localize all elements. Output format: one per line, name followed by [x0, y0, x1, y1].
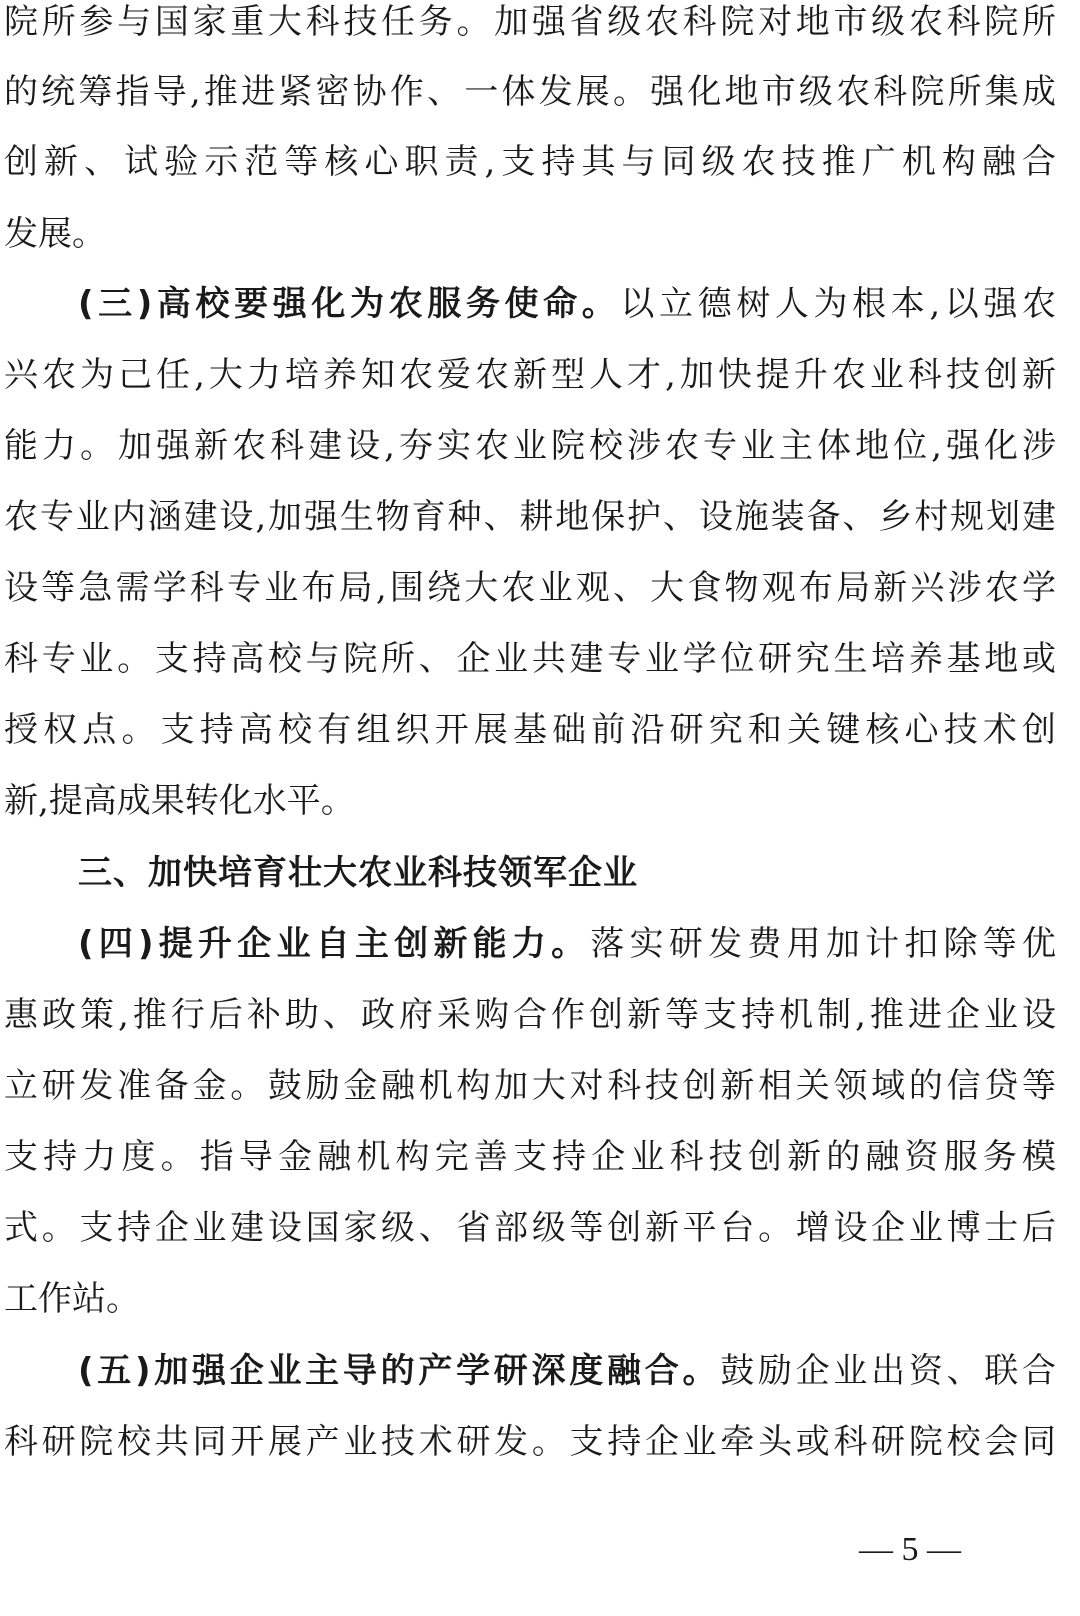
item-4-title: (四)提升企业自主创新能力。: [78, 924, 590, 964]
paragraph-line: 支持力度。指导金融机构完善支持企业科技创新的融资服务模: [4, 1135, 1056, 1179]
paragraph-line: 授权点。支持高校有组织开展基础前沿研究和关键核心技术创: [4, 708, 1056, 752]
paragraph-line: 惠政策,推行后补助、政府采购合作创新等支持机制,推进企业设: [4, 993, 1056, 1037]
page-number: — 5 —: [850, 1528, 970, 1572]
paragraph-line: 院所参与国家重大科技任务。加强省级农科院对地市级农科院所: [4, 0, 1056, 44]
paragraph-line: 科专业。支持高校与院所、企业共建专业学位研究生培养基地或: [4, 637, 1056, 681]
paragraph-line: 新,提高成果转化水平。: [4, 779, 1056, 823]
item-3-title: (三)高校要强化为农服务使命。: [78, 284, 620, 324]
item-4-lead-text: 落实研发费用加计扣除等优: [590, 924, 1056, 964]
paragraph-line: 科研院校共同开展产业技术研发。支持企业牵头或科研院校会同: [4, 1420, 1056, 1464]
paragraph-line: 能力。加强新农科建设,夯实农业院校涉农专业主体地位,强化涉: [4, 424, 1056, 468]
paragraph-line: 创新、试验示范等核心职责,支持其与同级农技推广机构融合: [4, 140, 1056, 184]
item-5-first-line: (五)加强企业主导的产学研深度融合。鼓励企业出资、联合: [78, 1349, 1056, 1393]
paragraph-line: 的统筹指导,推进紧密协作、一体发展。强化地市级农科院所集成: [4, 70, 1056, 114]
item-5-lead-text: 鼓励企业出资、联合: [720, 1351, 1056, 1391]
item-3-first-line: (三)高校要强化为农服务使命。以立德树人为根本,以强农: [78, 282, 1056, 326]
item-3-lead-text: 以立德树人为根本,以强农: [620, 284, 1056, 324]
paragraph-line: 立研发准备金。鼓励金融机构加大对科技创新相关领域的信贷等: [4, 1064, 1056, 1108]
paragraph-line: 兴农为己任,大力培养知农爱农新型人才,加快提升农业科技创新: [4, 353, 1056, 397]
section-heading: 三、加快培育壮大农业科技领军企业: [78, 851, 1056, 895]
item-4-first-line: (四)提升企业自主创新能力。落实研发费用加计扣除等优: [78, 922, 1056, 966]
paragraph-line: 农专业内涵建设,加强生物育种、耕地保护、设施装备、乡村规划建: [4, 495, 1056, 539]
document-page: 院所参与国家重大科技任务。加强省级农科院对地市级农科院所 的统筹指导,推进紧密协…: [0, 0, 1080, 1616]
paragraph-line: 工作站。: [4, 1277, 1056, 1321]
paragraph-line: 设等急需学科专业布局,围绕大农业观、大食物观布局新兴涉农学: [4, 566, 1056, 610]
item-5-title: (五)加强企业主导的产学研深度融合。: [78, 1351, 720, 1391]
paragraph-line: 式。支持企业建设国家级、省部级等创新平台。增设企业博士后: [4, 1206, 1056, 1250]
paragraph-line: 发展。: [4, 212, 1056, 256]
